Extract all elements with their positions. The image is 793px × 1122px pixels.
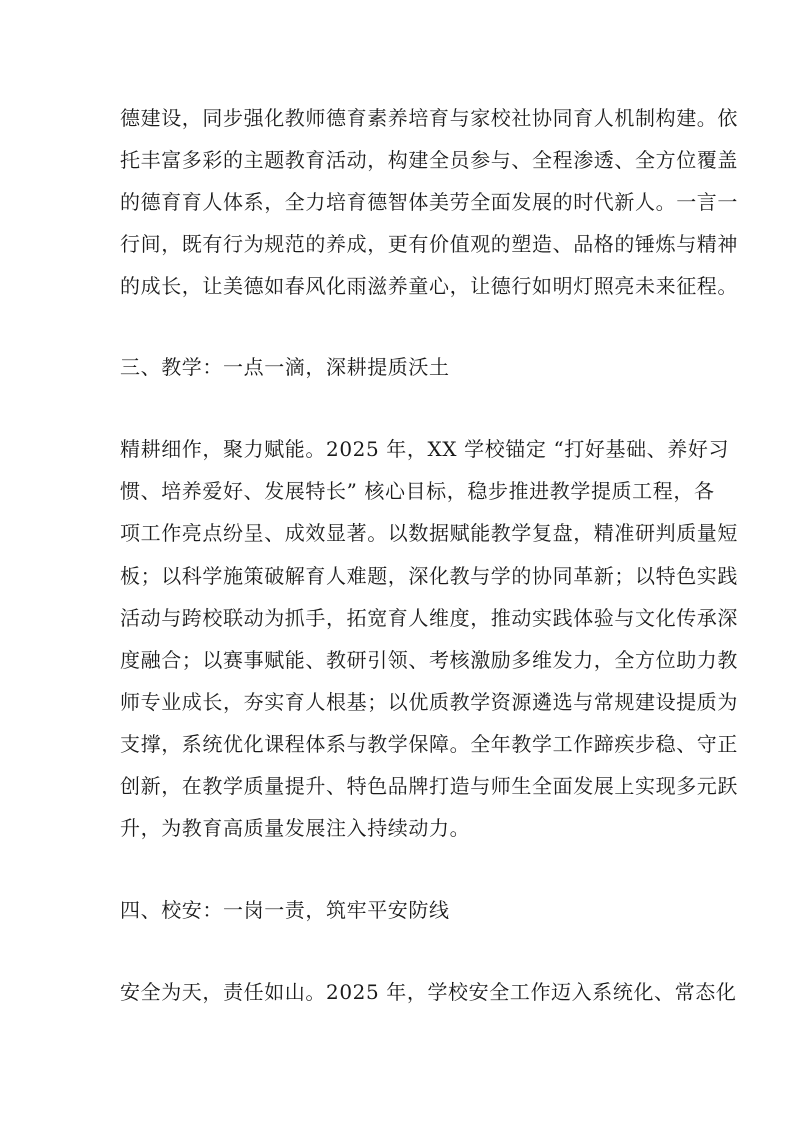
paragraph-line: 支撑，系统优化课程体系与教学保障。全年教学工作蹄疾步稳、守正 <box>120 729 680 759</box>
paragraph-line: 活动与跨校联动为抓手，拓宽育人维度，推动实践体验与文化传承深 <box>120 603 680 633</box>
paragraph-line: 德建设，同步强化教师德育素养培育与家校社协同育人机制构建。依 <box>120 103 680 133</box>
paragraph-line: 惯、培养爱好、发展特长” 核心目标，稳步推进教学提质工程，各 <box>120 476 680 506</box>
paragraph-line: 安全为天，责任如山。2025 年，学校安全工作迈入系统化、常态化 <box>120 977 680 1007</box>
paragraph-line: 的成长，让美德如春风化雨滋养童心，让德行如明灯照亮未来征程。 <box>120 271 680 301</box>
paragraph-line: 师专业成长，夯实育人根基；以优质教学资源遴选与常规建设提质为 <box>120 687 680 717</box>
paragraph-line: 的德育育人体系，全力培育德智体美劳全面发展的时代新人。一言一 <box>120 187 680 217</box>
paragraph-line: 精耕细作，聚力赋能。2025 年，XX 学校锚定 “打好基础、养好习 <box>120 434 680 464</box>
section-heading-campus-safety: 四、校安：一岗一责，筑牢平安防线 <box>120 895 450 925</box>
section-heading-teaching: 三、教学：一点一滴，深耕提质沃土 <box>120 352 450 382</box>
paragraph-line: 度融合；以赛事赋能、教研引领、考核激励多维发力，全方位助力教 <box>120 645 680 675</box>
paragraph-line: 创新，在教学质量提升、特色品牌打造与师生全面发展上实现多元跃 <box>120 771 680 801</box>
paragraph-line: 升，为教育高质量发展注入持续动力。 <box>120 813 680 843</box>
document-page: 德建设，同步强化教师德育素养培育与家校社协同育人机制构建。依 托丰富多彩的主题教… <box>0 0 793 1122</box>
paragraph-line: 板；以科学施策破解育人难题，深化教与学的协同革新；以特色实践 <box>120 561 680 591</box>
paragraph-line: 行间，既有行为规范的养成，更有价值观的塑造、品格的锤炼与精神 <box>120 229 680 259</box>
paragraph-line: 项工作亮点纷呈、成效显著。以数据赋能教学复盘，精准研判质量短 <box>120 518 680 548</box>
paragraph-line: 托丰富多彩的主题教育活动，构建全员参与、全程渗透、全方位覆盖 <box>120 145 680 175</box>
